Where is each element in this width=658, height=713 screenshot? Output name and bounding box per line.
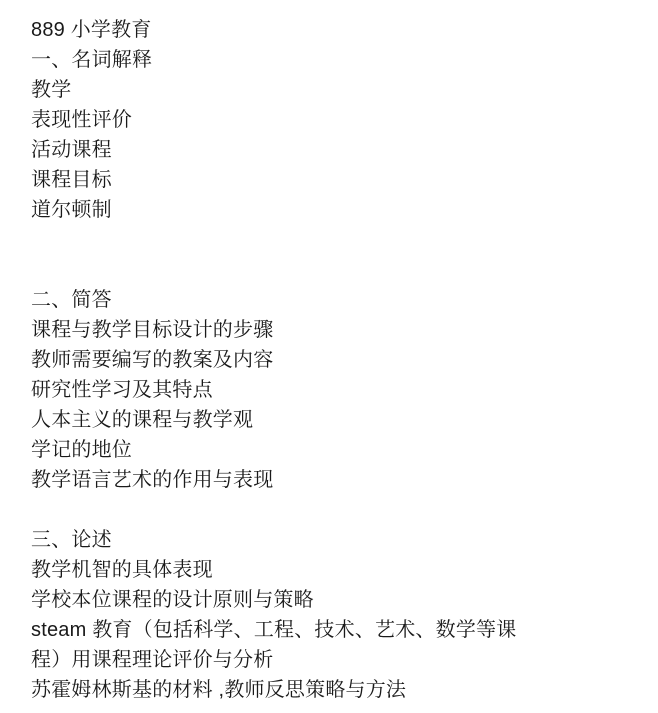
page-title: 889 小学教育 [31, 15, 517, 45]
list-item: steam 教育（包括科学、工程、技术、艺术、数学等课程）用课程理论评价与分析 [31, 615, 517, 675]
list-item: 道尔顿制 [31, 195, 517, 225]
list-item: 教学语言艺术的作用与表现 [31, 465, 517, 495]
list-item: 教师需要编写的教案及内容 [31, 345, 517, 375]
section-short-answer: 二、简答 课程与教学目标设计的步骤 教师需要编写的教案及内容 研究性学习及其特点… [31, 285, 628, 495]
list-item: 教学 [31, 75, 517, 105]
section-heading-terms: 一、名词解释 [31, 45, 517, 75]
list-item: 表现性评价 [31, 105, 517, 135]
list-item: 苏霍姆林斯基的材料 ,教师反思策略与方法 [31, 675, 517, 705]
list-item: 学记的地位 [31, 435, 517, 465]
list-item: 人本主义的课程与教学观 [31, 405, 517, 435]
document: 889 小学教育 一、名词解释 教学 表现性评价 活动课程 课程目标 道尔顿制 … [0, 0, 658, 705]
list-item: 研究性学习及其特点 [31, 375, 517, 405]
list-item: 活动课程 [31, 135, 517, 165]
list-item: 课程目标 [31, 165, 517, 195]
section-heading-short-answer: 二、简答 [31, 285, 517, 315]
list-item: 课程与教学目标设计的步骤 [31, 315, 517, 345]
section-essay: 三、论述 教学机智的具体表现 学校本位课程的设计原则与策略 steam 教育（包… [31, 525, 628, 705]
section-heading-essay: 三、论述 [31, 525, 517, 555]
list-item: 教学机智的具体表现 [31, 555, 517, 585]
list-item: 学校本位课程的设计原则与策略 [31, 585, 517, 615]
section-terms: 一、名词解释 教学 表现性评价 活动课程 课程目标 道尔顿制 [31, 45, 628, 225]
